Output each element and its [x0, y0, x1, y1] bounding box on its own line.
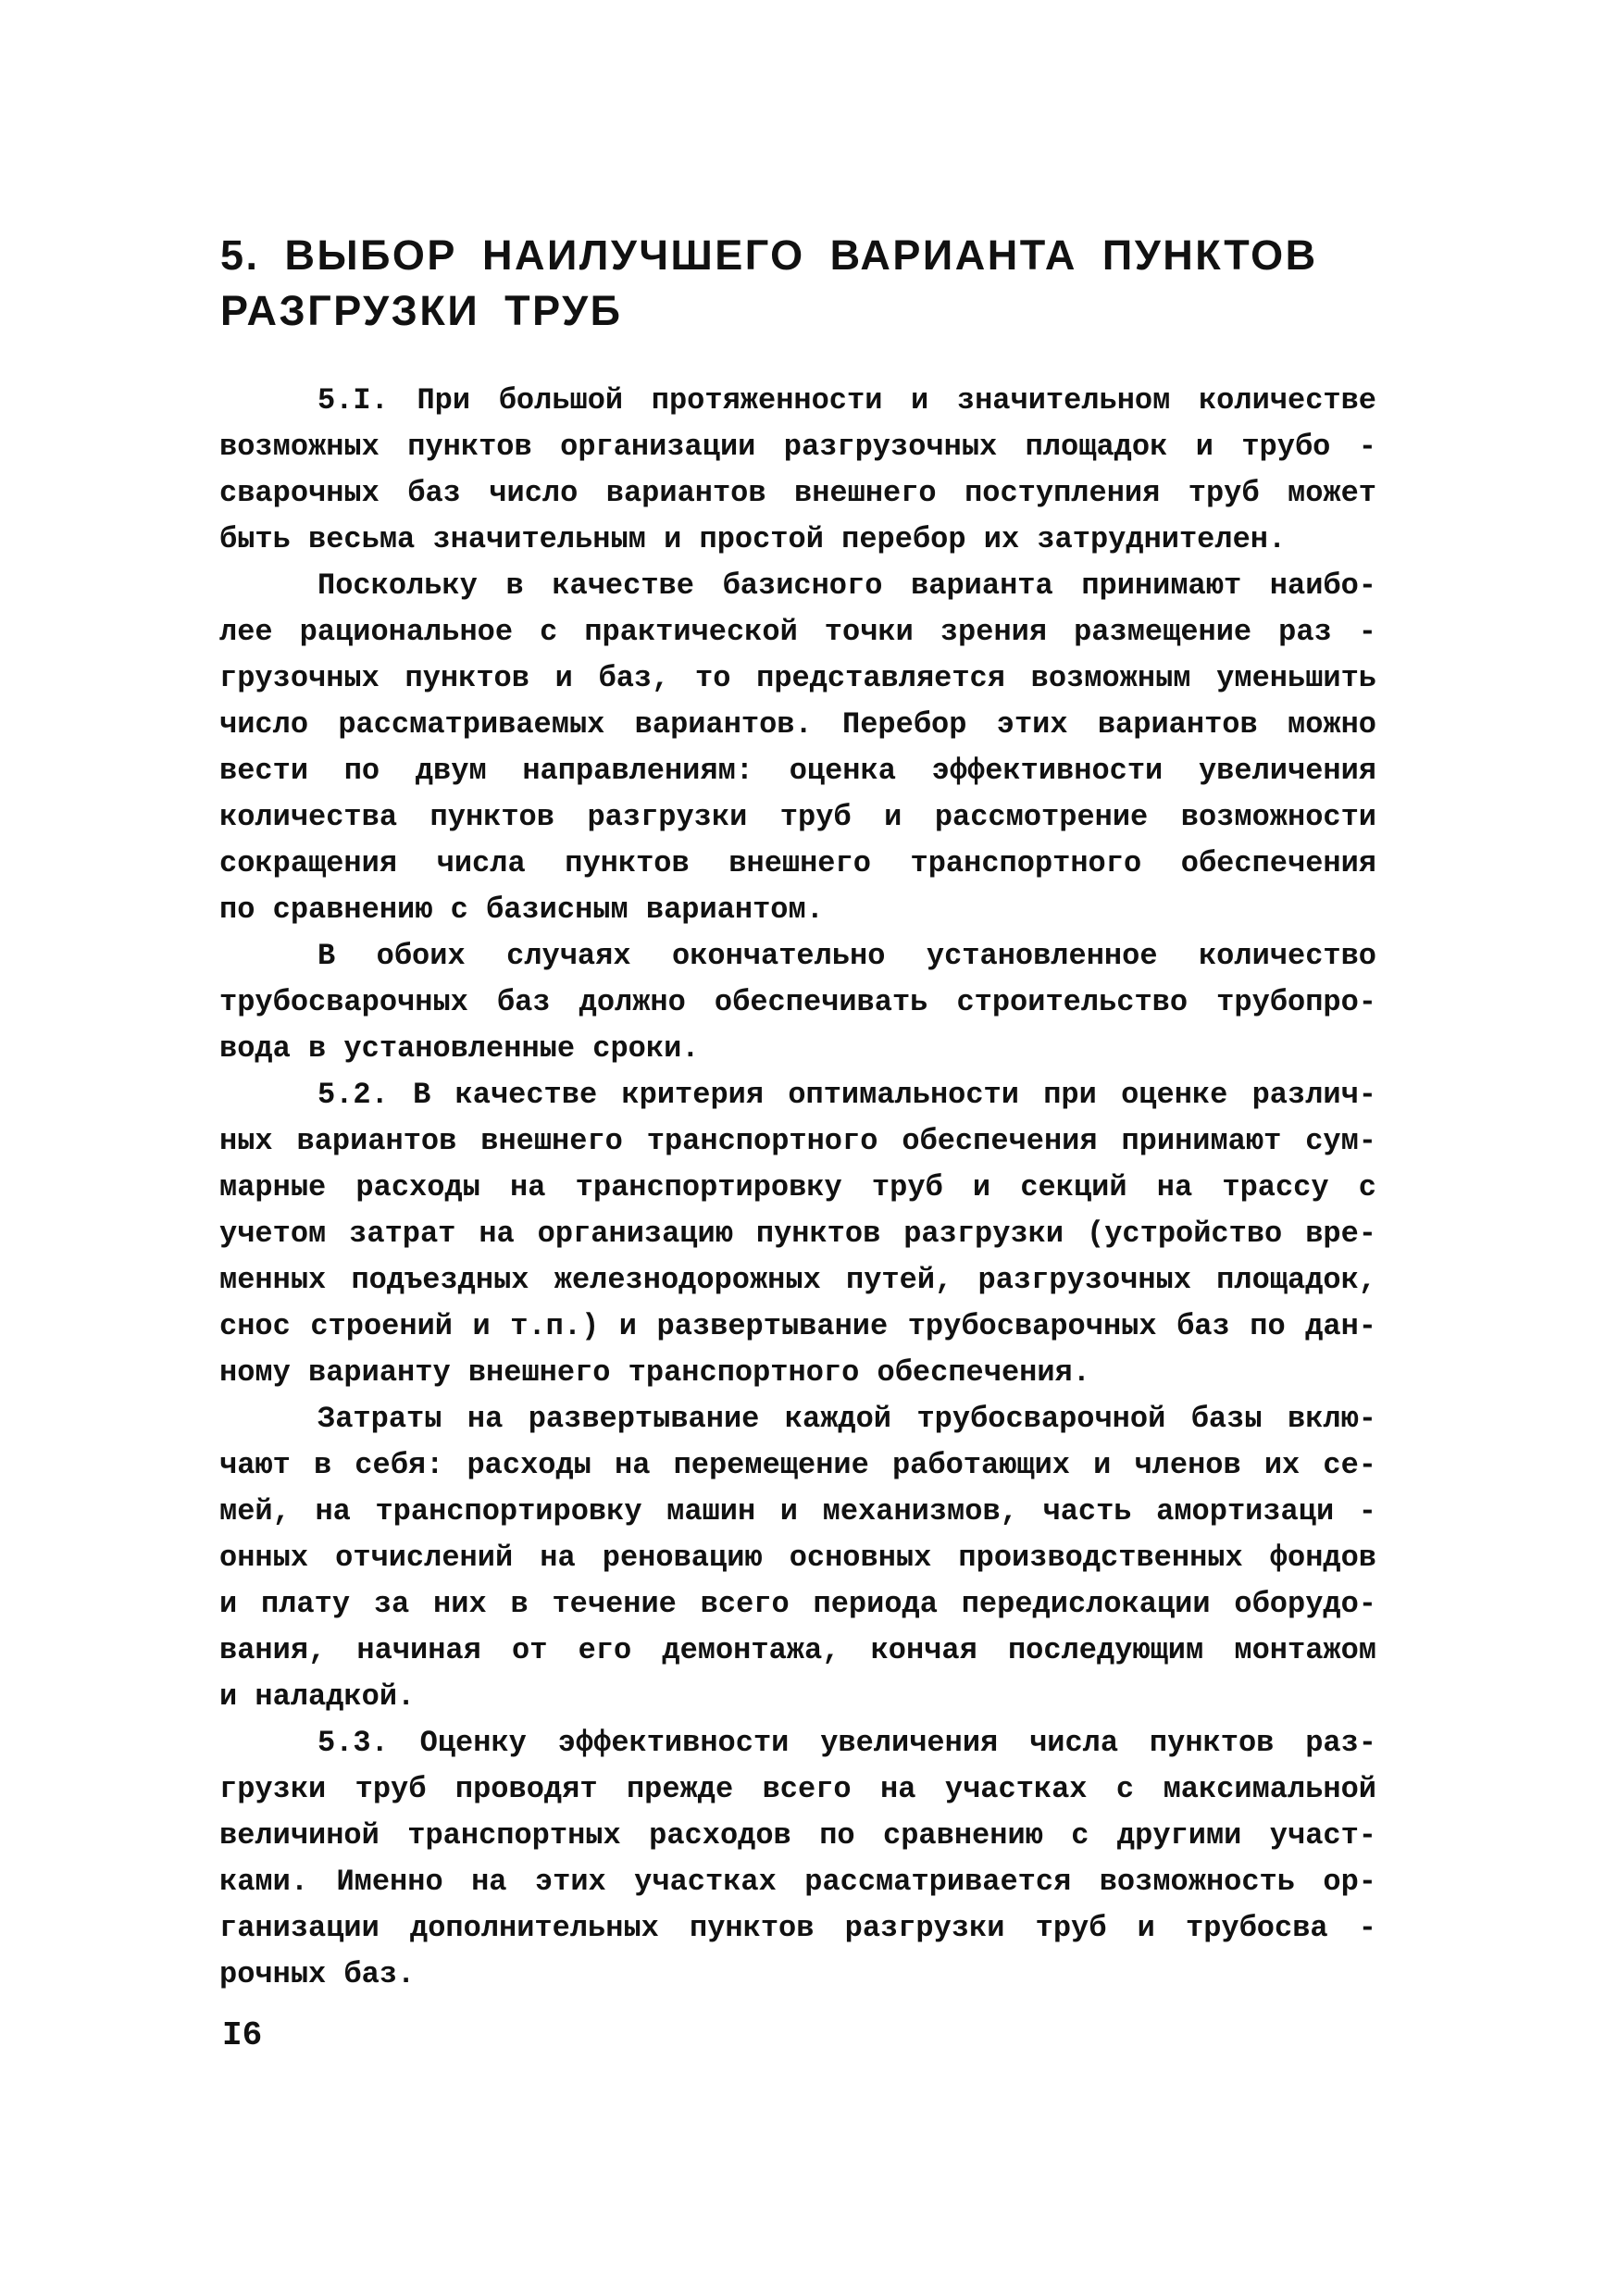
text-line: менных подъездных железнодорожных путей,… — [219, 1257, 1376, 1304]
text-line: лее рациональное с практической точки зр… — [219, 609, 1376, 655]
text-line: число рассматриваемых вариантов. Перебор… — [219, 702, 1376, 748]
text-line: вода в установленные сроки. — [219, 1026, 1376, 1072]
text-line: снос строений и т.п.) и развертывание тр… — [219, 1304, 1376, 1350]
text-line: грузки труб проводят прежде всего на уча… — [219, 1766, 1376, 1813]
text-line: сварочных баз число вариантов внешнего п… — [219, 470, 1376, 517]
text-line: возможных пунктов организации разгрузочн… — [219, 424, 1376, 470]
section-heading: 5. ВЫБОР НАИЛУЧШЕГО ВАРИАНТА ПУНКТОВ РАЗ… — [220, 228, 1318, 339]
paragraph: Затраты на развертывание каждой трубосва… — [219, 1396, 1376, 1720]
paragraph: Поскольку в качестве базисного варианта … — [219, 563, 1376, 933]
text-line: 5.2. В качестве критерия оптимальности п… — [219, 1072, 1376, 1118]
text-line: и плату за них в течение всего периода п… — [219, 1581, 1376, 1628]
text-line: рочных баз. — [219, 1952, 1376, 1998]
paragraph: 5.2. В качестве критерия оптимальности п… — [219, 1072, 1376, 1396]
text-line: ному варианту внешнего транспортного обе… — [219, 1350, 1376, 1396]
text-line: мей, на транспортировку машин и механизм… — [219, 1489, 1376, 1535]
text-line: В обоих случаях окончательно установленн… — [219, 933, 1376, 980]
paragraph: В обоих случаях окончательно установленн… — [219, 933, 1376, 1072]
text-line: количества пунктов разгрузки труб и расс… — [219, 794, 1376, 841]
text-line: 5.I. При большой протяженности и значите… — [219, 378, 1376, 424]
page-number: I6 — [222, 2016, 262, 2054]
text-line: марные расходы на транспортировку труб и… — [219, 1165, 1376, 1211]
text-line: ганизации дополнительных пунктов разгруз… — [219, 1905, 1376, 1952]
paragraph: 5.I. При большой протяженности и значите… — [219, 378, 1376, 563]
text-line: по сравнению с базисным вариантом. — [219, 887, 1376, 933]
text-line: 5.3. Оценку эффективности увеличения чис… — [219, 1720, 1376, 1766]
text-line: онных отчислений на реновацию основных п… — [219, 1535, 1376, 1581]
text-line: быть весьма значительным и простой переб… — [219, 517, 1376, 563]
text-line: ных вариантов внешнего транспортного обе… — [219, 1118, 1376, 1165]
text-line: учетом затрат на организацию пунктов раз… — [219, 1211, 1376, 1257]
heading-line-2: РАЗГРУЗКИ ТРУБ — [220, 283, 1318, 339]
text-line: Поскольку в качестве базисного варианта … — [219, 563, 1376, 609]
paragraph: 5.3. Оценку эффективности увеличения чис… — [219, 1720, 1376, 1998]
text-line: и наладкой. — [219, 1674, 1376, 1720]
text-line: вания, начиная от его демонтажа, кончая … — [219, 1628, 1376, 1674]
text-line: трубосварочных баз должно обеспечивать с… — [219, 980, 1376, 1026]
text-line: ками. Именно на этих участках рассматрив… — [219, 1859, 1376, 1905]
text-line: Затраты на развертывание каждой трубосва… — [219, 1396, 1376, 1442]
text-line: сокращения числа пунктов внешнего трансп… — [219, 841, 1376, 887]
text-line: чают в себя: расходы на перемещение рабо… — [219, 1442, 1376, 1489]
text-line: вести по двум направлениям: оценка эффек… — [219, 748, 1376, 794]
text-line: величиной транспортных расходов по сравн… — [219, 1813, 1376, 1859]
scanned-page: 5. ВЫБОР НАИЛУЧШЕГО ВАРИАНТА ПУНКТОВ РАЗ… — [0, 0, 1618, 2296]
text-block: 5.I. При большой протяженности и значите… — [219, 378, 1376, 1998]
heading-line-1: 5. ВЫБОР НАИЛУЧШЕГО ВАРИАНТА ПУНКТОВ — [220, 228, 1318, 283]
text-line: грузочных пунктов и баз, то представляет… — [219, 655, 1376, 702]
